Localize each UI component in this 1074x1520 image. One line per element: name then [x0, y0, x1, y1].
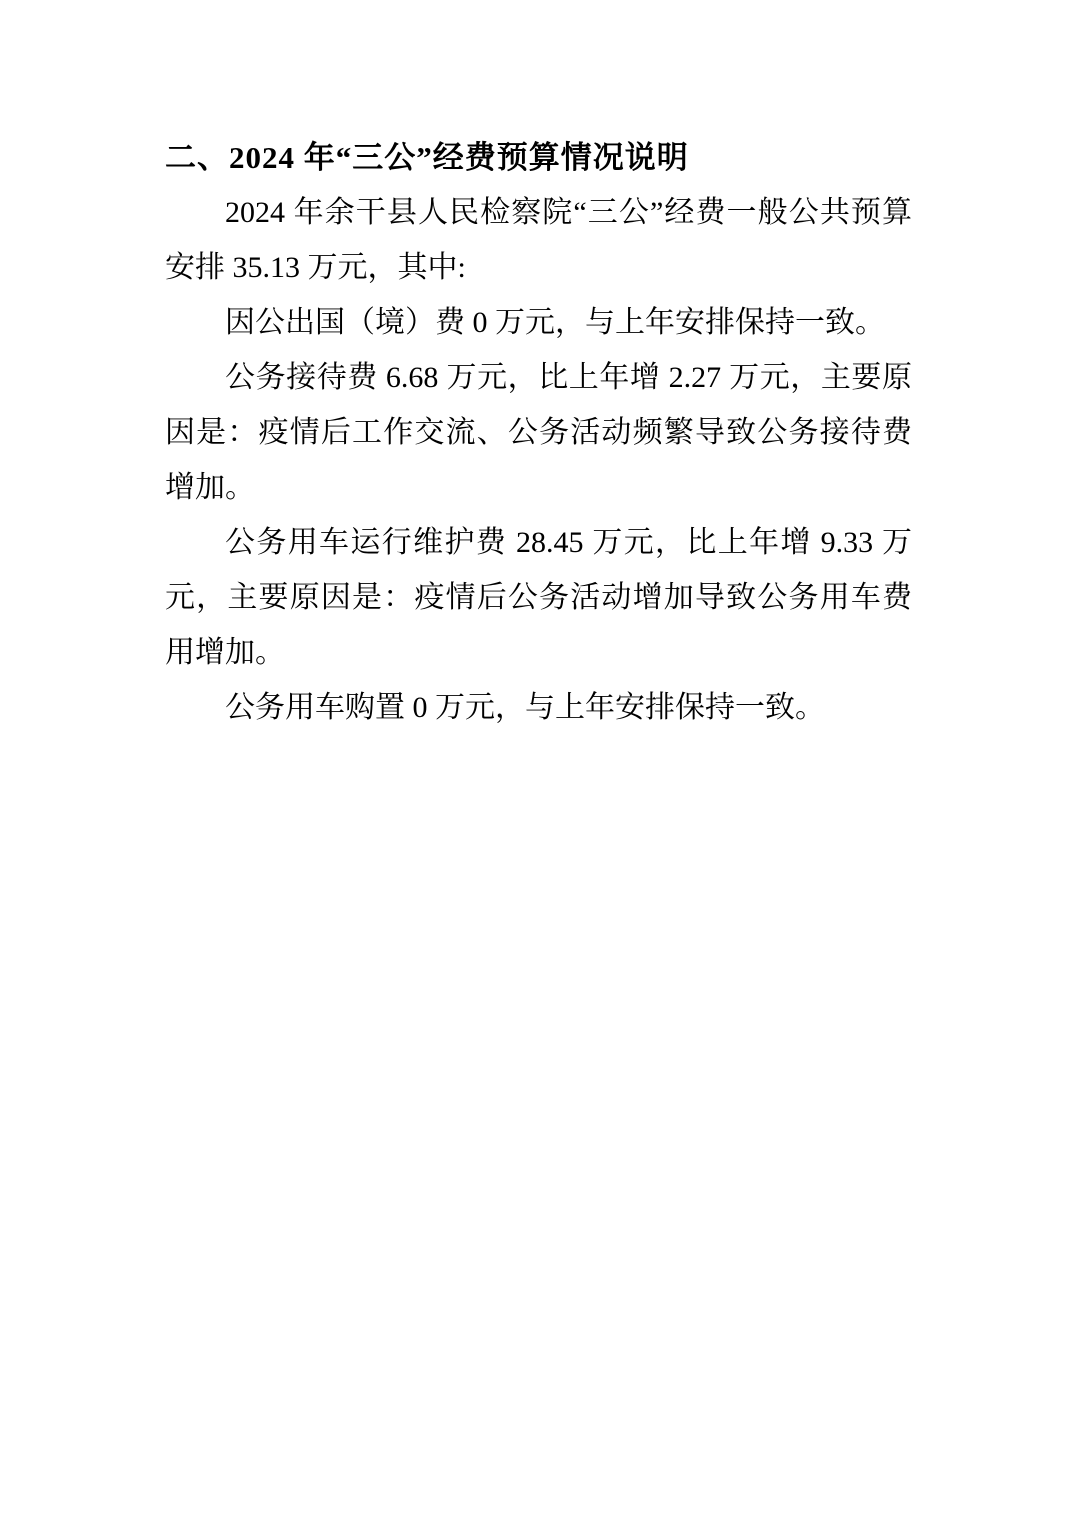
document-page: 二、2024 年“三公”经费预算情况说明 2024 年余干县人民检察院“三公”经…	[0, 0, 1074, 1520]
paragraph-vehicle-maintenance-expense: 公务用车运行维护费 28.45 万元，比上年增 9.33 万元，主要原因是：疫情…	[165, 515, 912, 680]
paragraph-budget-total: 2024 年余干县人民检察院“三公”经费一般公共预算安排 35.13 万元，其中…	[165, 185, 912, 295]
paragraph-reception-expense: 公务接待费 6.68 万元，比上年增 2.27 万元，主要原因是：疫情后工作交流…	[165, 350, 912, 515]
paragraph-vehicle-purchase-expense: 公务用车购置 0 万元，与上年安排保持一致。	[165, 680, 912, 735]
document-body: 二、2024 年“三公”经费预算情况说明 2024 年余干县人民检察院“三公”经…	[165, 130, 912, 735]
section-heading: 二、2024 年“三公”经费预算情况说明	[165, 130, 912, 185]
paragraph-abroad-expense: 因公出国（境）费 0 万元，与上年安排保持一致。	[165, 295, 912, 350]
